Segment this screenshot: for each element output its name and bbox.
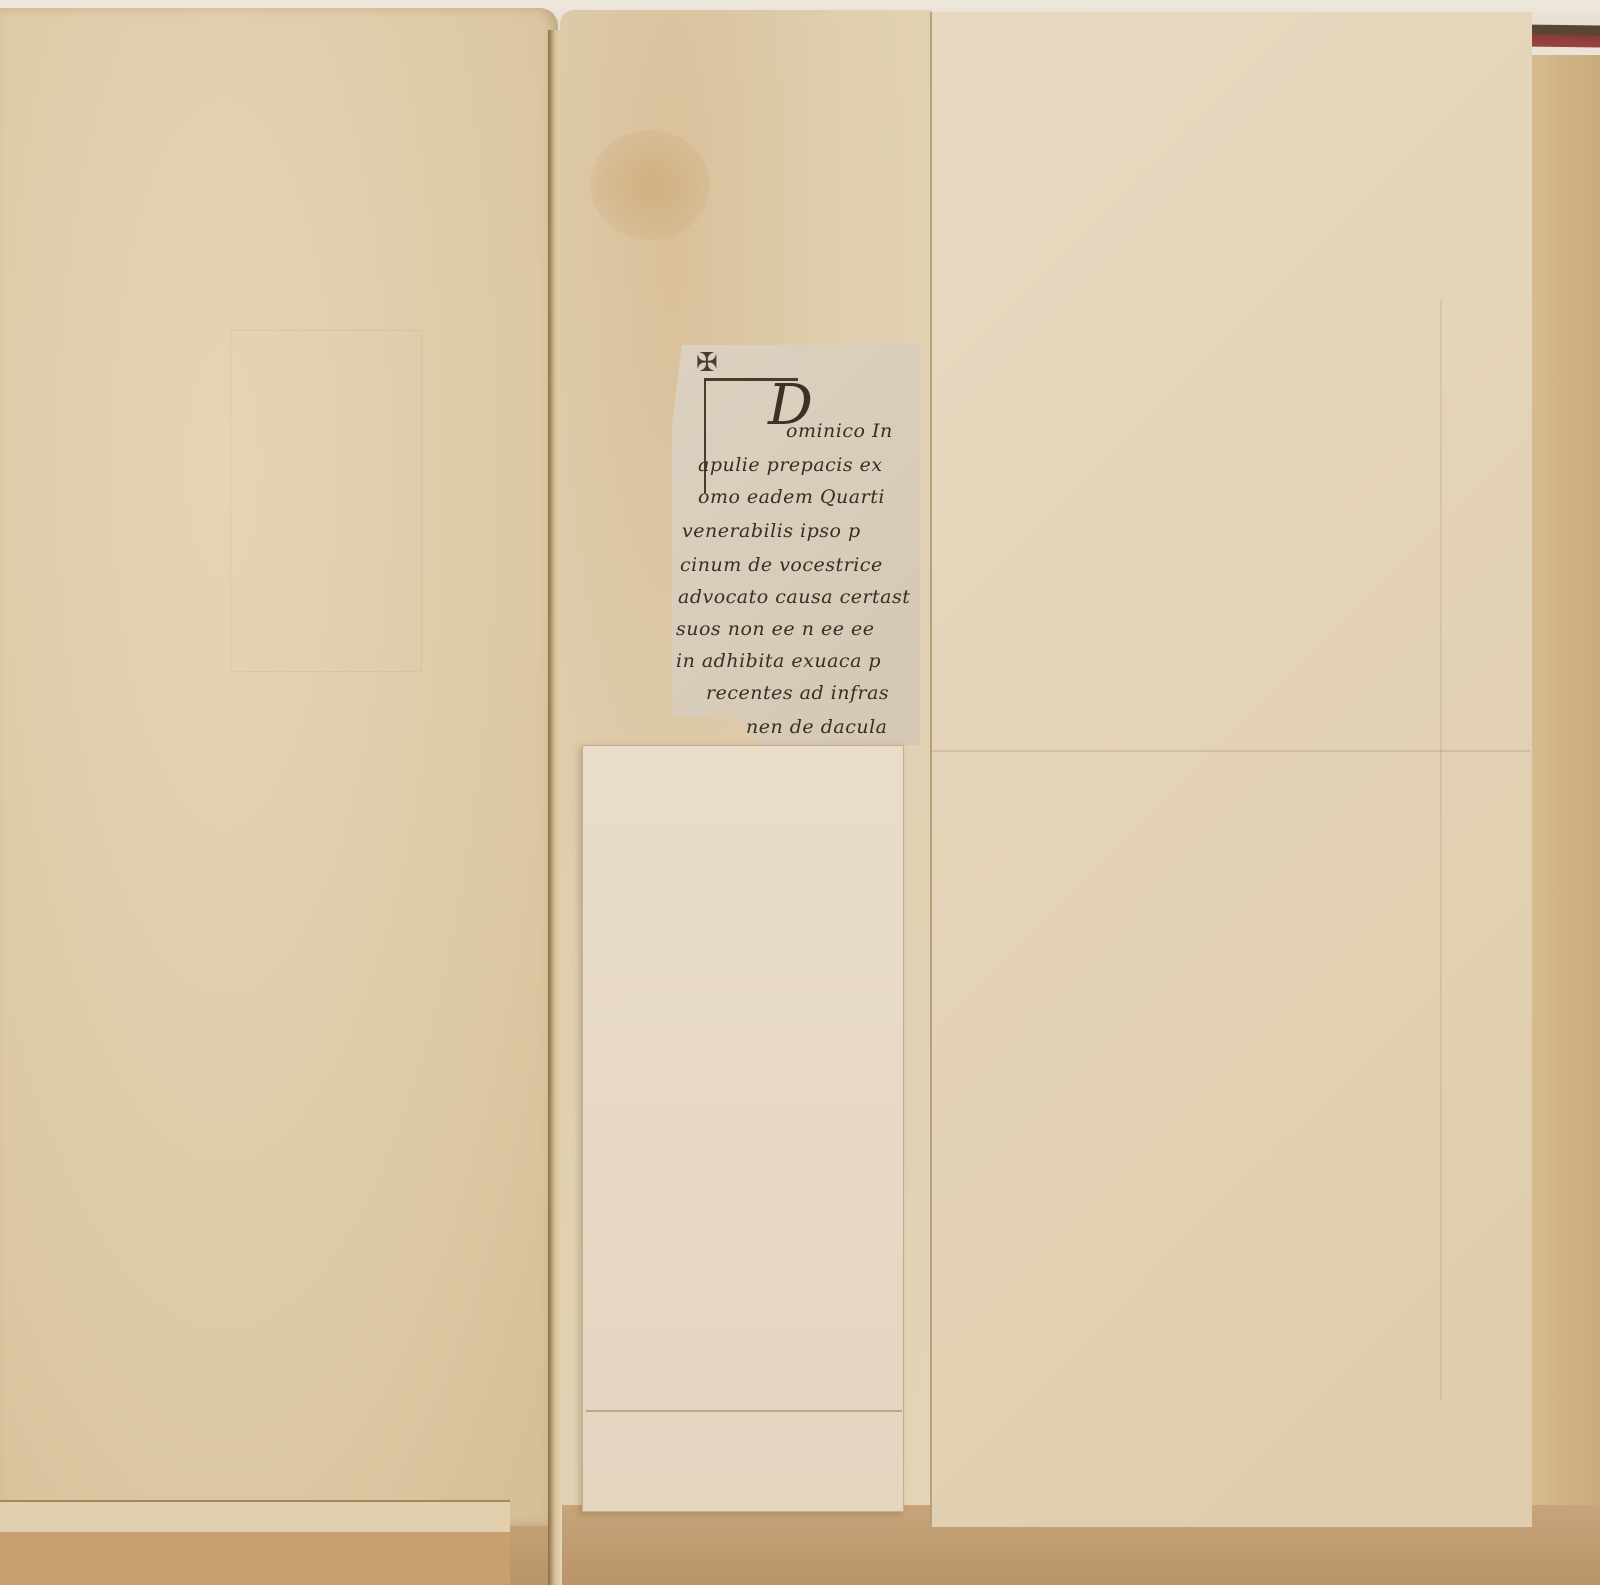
- ms-line: recentes ad infras: [706, 682, 889, 704]
- ms-line: ominico In: [786, 420, 893, 442]
- ms-line: nen de dacula: [746, 716, 887, 738]
- left-page-bottom-flap: [0, 1500, 510, 1532]
- ms-line: in adhibita exuaca p: [676, 650, 881, 672]
- ms-line: apulie prepacis ex: [698, 454, 883, 476]
- foxing-stain: [590, 130, 710, 240]
- book-cover-right-edge: [1530, 55, 1600, 1585]
- ms-line: venerabilis ipso p: [682, 520, 861, 542]
- ms-line: advocato causa certast: [678, 586, 910, 608]
- right-page-faint-line: [1440, 300, 1442, 1400]
- cross-icon: ✠: [696, 348, 718, 378]
- folded-paper-slip: [582, 745, 904, 1512]
- ms-line: cinum de vocestrice: [680, 554, 883, 576]
- manuscript-text: ominico In apulie prepacis ex omo eadem …: [676, 420, 921, 760]
- ms-line: suos non ee n ee ee: [676, 618, 875, 640]
- left-page-show-through: [230, 330, 422, 672]
- ms-line: omo eadem Quarti: [698, 486, 885, 508]
- left-page: [0, 8, 558, 1526]
- slip-fold-line: [586, 1410, 902, 1412]
